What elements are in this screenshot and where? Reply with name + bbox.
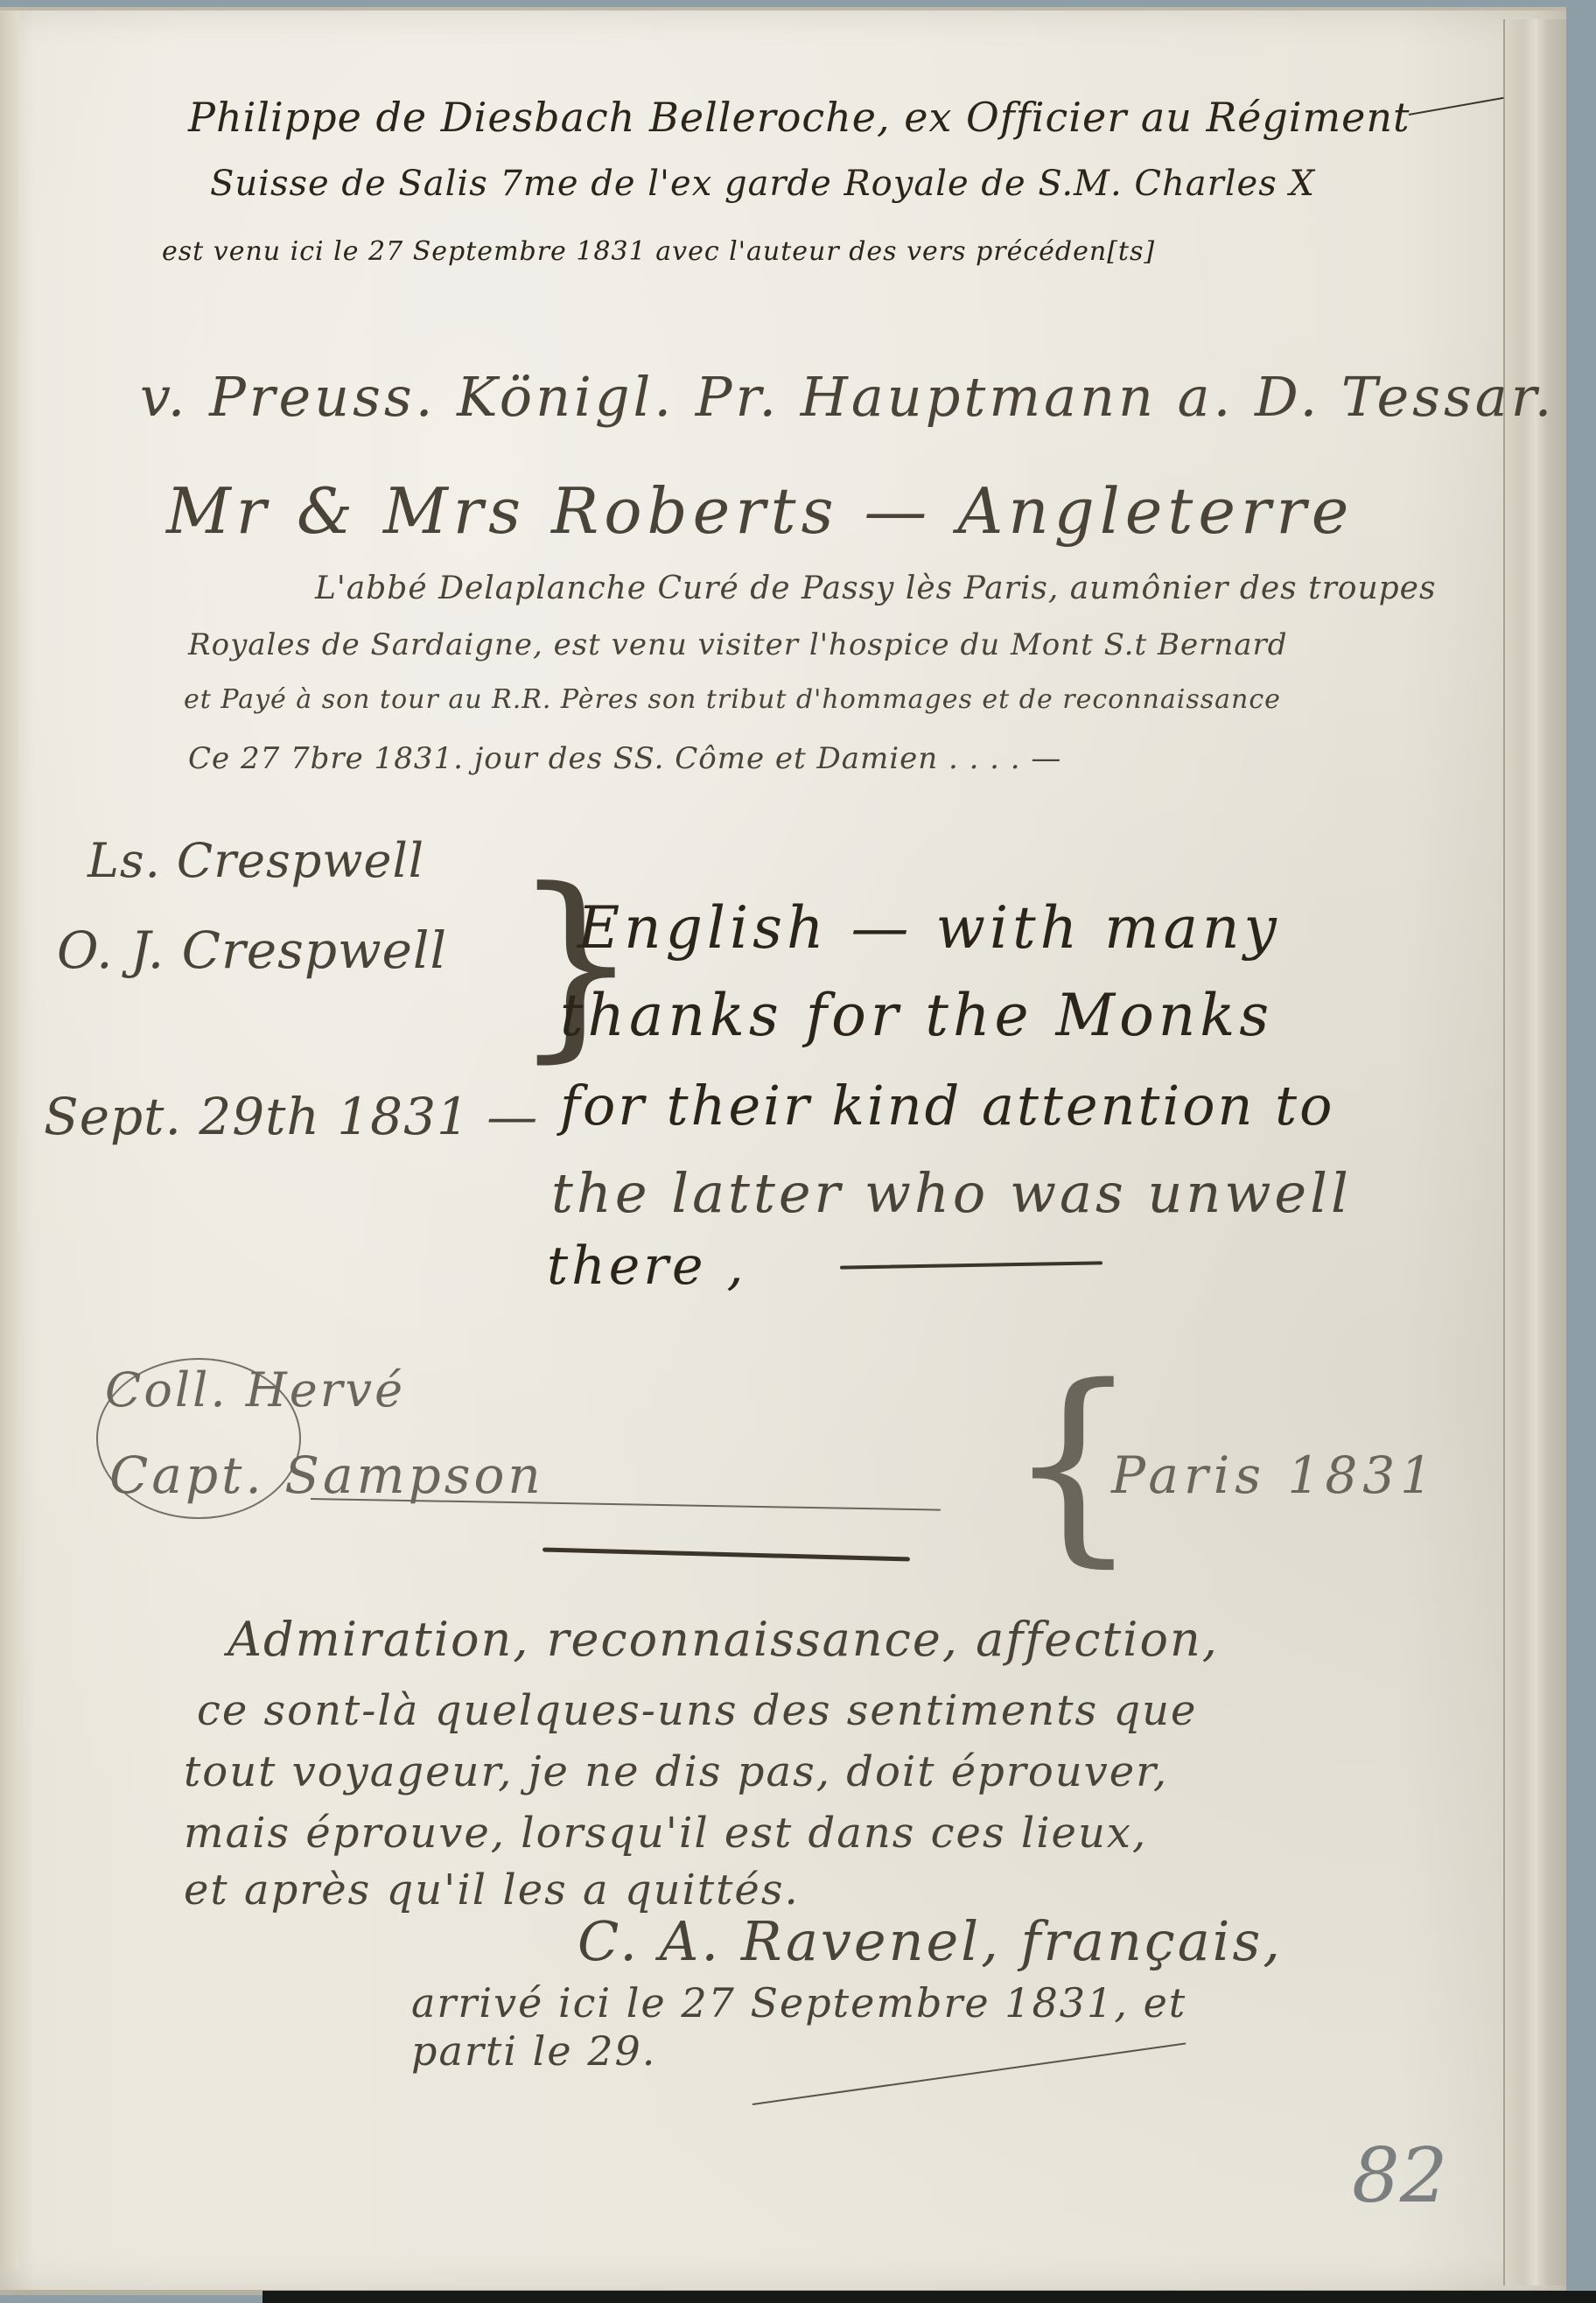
binding-gap (262, 2291, 1596, 2303)
entry-ravenel-line-2: ce sont-là quelques-uns des sentiments q… (197, 1686, 1197, 1735)
folio-number: 82 (1352, 2132, 1447, 2220)
ravenel-signature: C. A. Ravenel, français, (577, 1909, 1283, 1973)
ravenel-departure-line: parti le 29. (411, 2027, 656, 2075)
diesbach-flourish-line (1409, 97, 1504, 115)
sampson-underline (542, 1548, 910, 1562)
entry-preussen-line-1: v. Preuss. Königl. Pr. Hauptmann a. D. T… (140, 365, 1555, 429)
entry-abbe-line-3: et Payé à son tour au R.R. Pères son tri… (184, 684, 1281, 715)
entry-ravenel-line-4: mais éprouve, lorsqu'il est dans ces lie… (184, 1809, 1147, 1858)
entry-abbe-line-4: Ce 27 7bre 1831. jour des SS. Côme et Da… (188, 741, 1061, 776)
entry-sampson-left-line-2: Capt. Sampson (109, 1445, 544, 1505)
entry-crespwell-right-line-1: English — with many (577, 894, 1281, 962)
manuscript-page: Philippe de Diesbach Belleroche, ex Offi… (0, 7, 1566, 2295)
entry-abbe-line-1: L'abbé Delaplanche Curé de Passy lès Par… (315, 570, 1436, 606)
entry-crespwell-right-line-5: there , (547, 1235, 747, 1297)
ravenel-flourish-line (752, 2042, 1186, 2105)
entry-diesbach-line-1: Philippe de Diesbach Belleroche, ex Offi… (188, 94, 1410, 141)
entry-crespwell-right-line-2: thanks for the Monks (560, 982, 1273, 1049)
page-right-edge-binding (1503, 19, 1566, 2285)
entry-crespwell-left-line-1: Ls. Crespwell (87, 833, 424, 888)
page-left-edge (0, 10, 19, 2268)
entry-ravenel-line-5: et après qu'il les a quittés. (184, 1865, 800, 1914)
entry-ravenel-line-1: Admiration, reconnaissance, affection, (227, 1612, 1219, 1667)
entry-roberts-line-2: Mr & Mrs Roberts — Angleterre (166, 474, 1354, 548)
entry-sampson-left-line-1: Coll. Hervé (105, 1362, 405, 1417)
entry-crespwell-left-line-3: Sept. 29th 1831 — (44, 1087, 538, 1146)
entry-crespwell-right-line-4: the latter who was unwell (551, 1161, 1352, 1225)
entry-crespwell-right-line-3: for their kind attention to (560, 1074, 1334, 1137)
entry-diesbach-line-2: Suisse de Salis 7me de l'ex garde Royale… (210, 164, 1315, 204)
ravenel-arrival-line: arrivé ici le 27 Septembre 1831, et (411, 1979, 1186, 2026)
entry-ravenel-line-3: tout voyageur, je ne dis pas, doit éprou… (184, 1747, 1168, 1796)
crespwell-underline (840, 1261, 1102, 1269)
entry-abbe-line-2: Royales de Sardaigne, est venu visiter l… (188, 627, 1288, 662)
entry-crespwell-left-line-2: O. J. Crespwell (57, 920, 447, 980)
entry-sampson-right-line-1: Paris 1831 (1111, 1445, 1438, 1505)
entry-diesbach-line-3: est venu ici le 27 Septembre 1831 avec l… (162, 236, 1155, 267)
